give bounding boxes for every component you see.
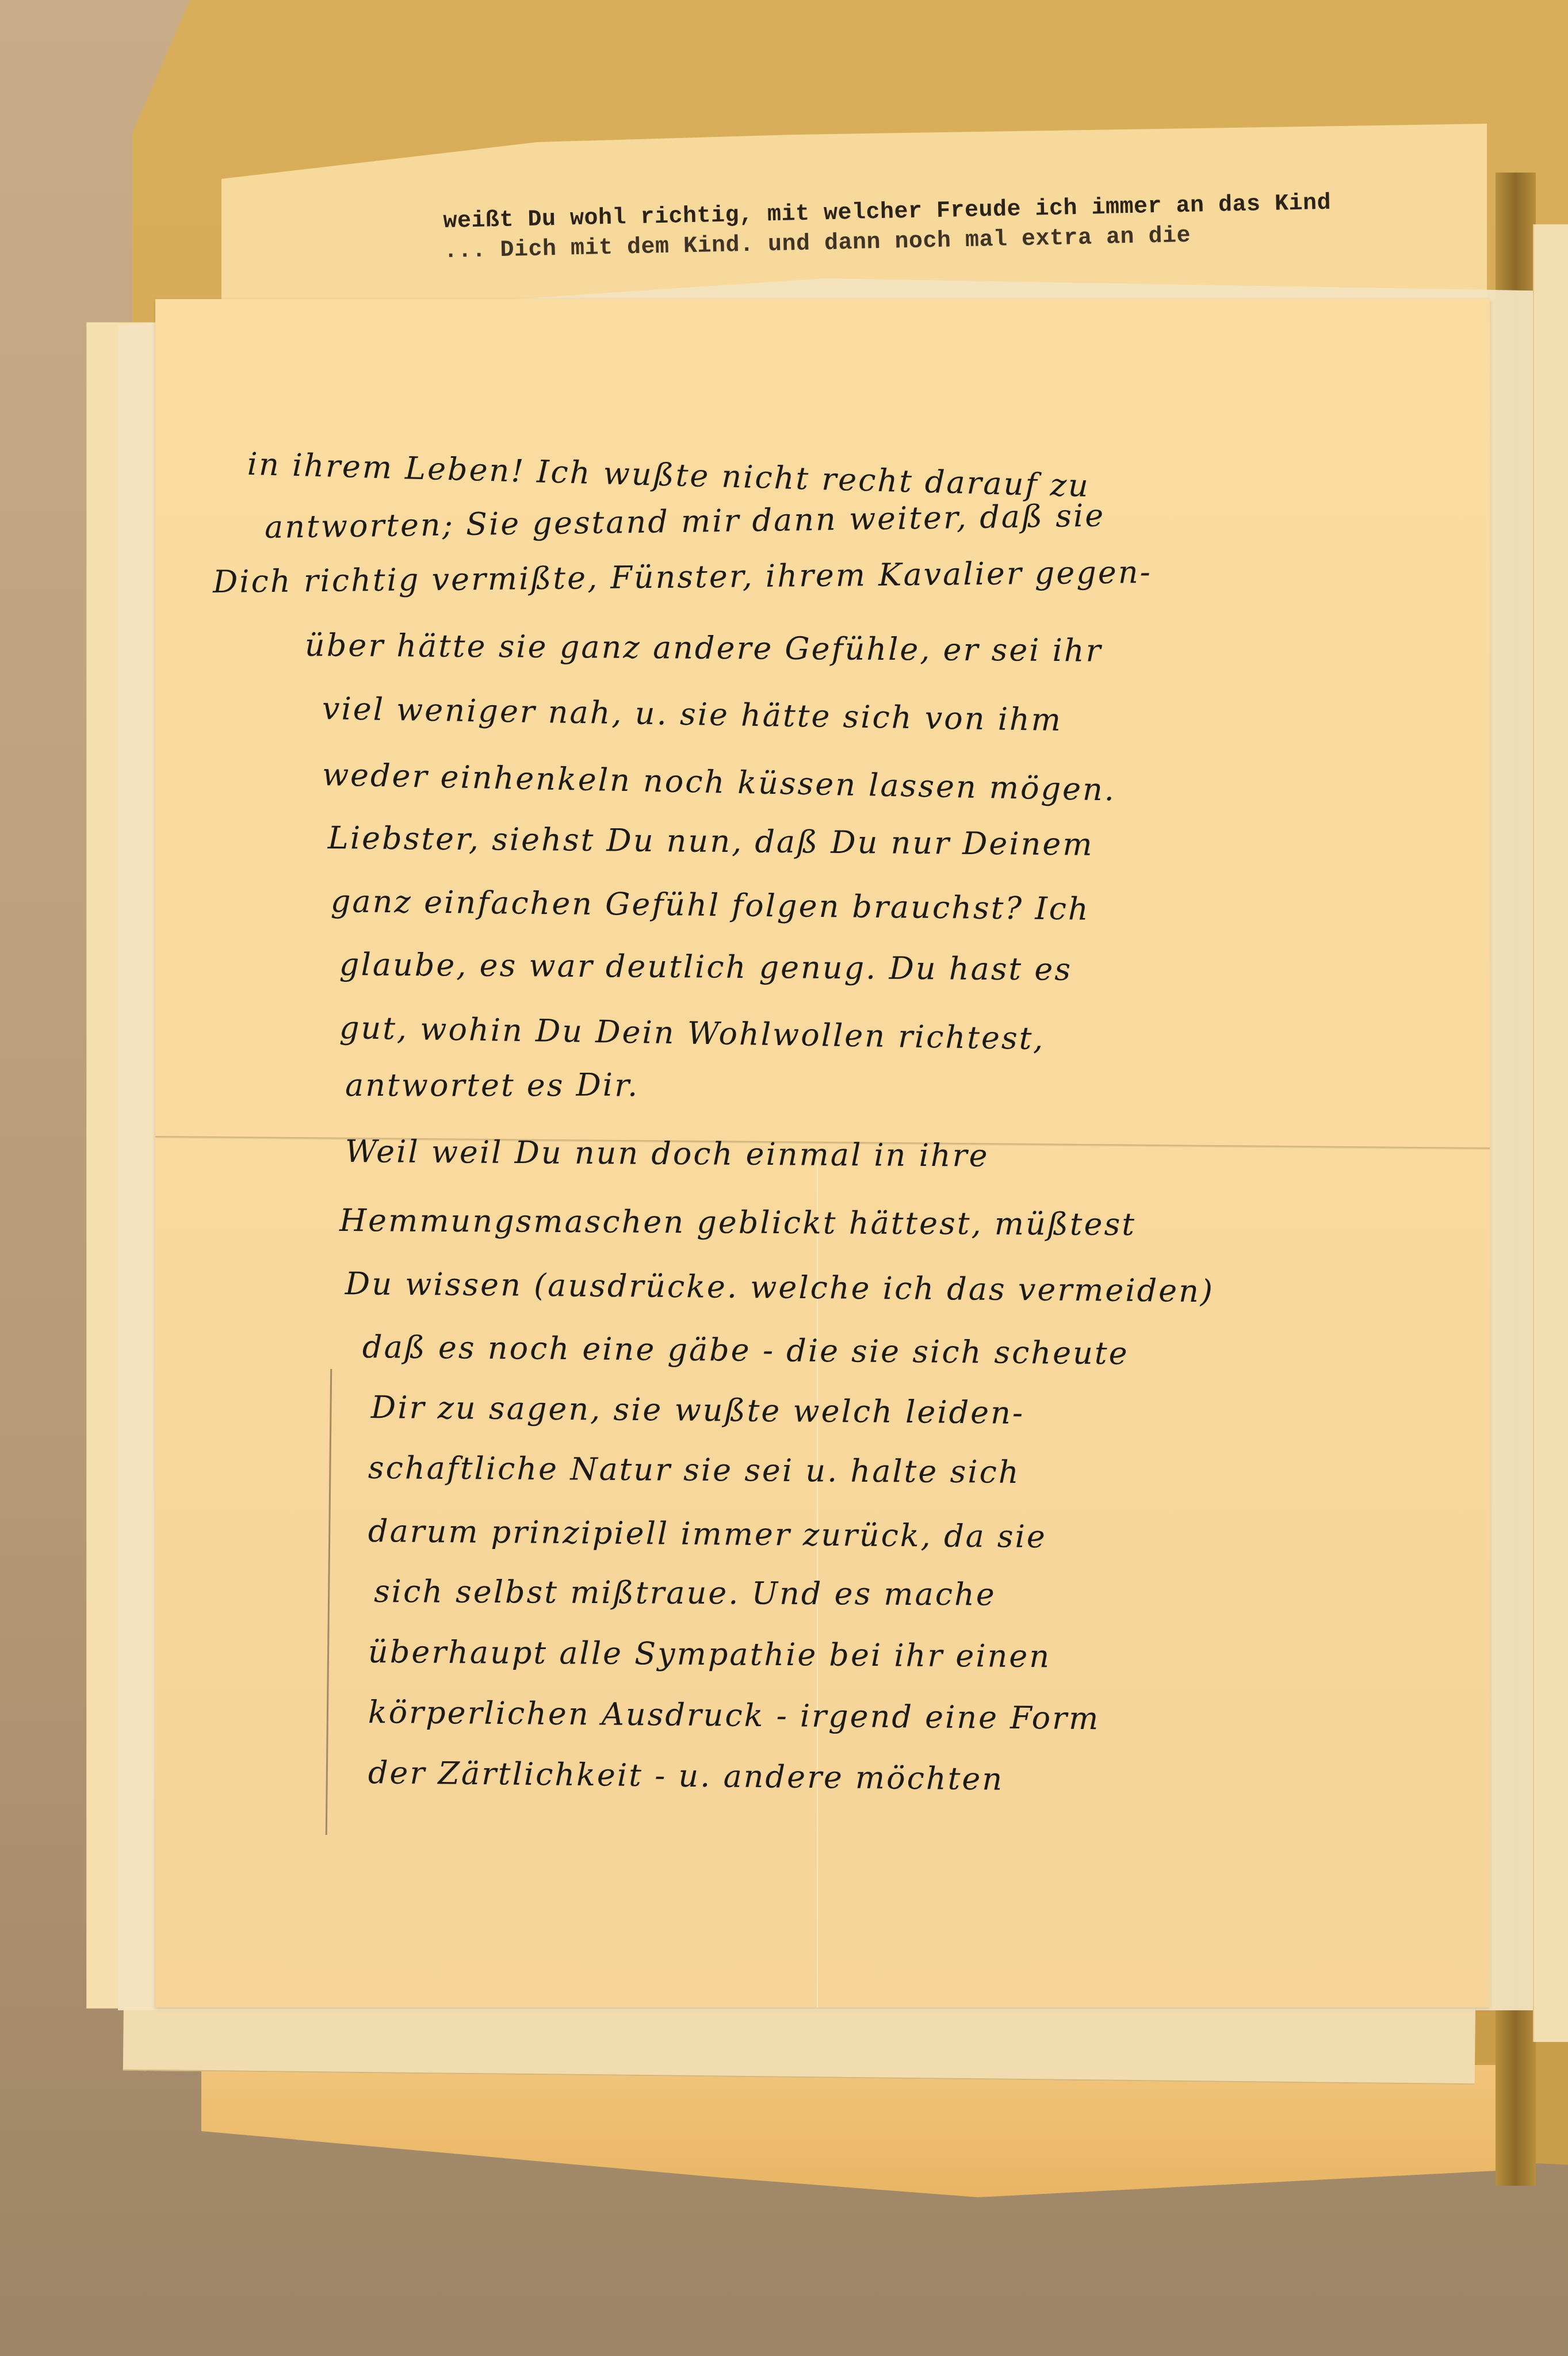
handwritten-line: darum prinzipiell immer zurück, da sie xyxy=(368,1513,1047,1555)
handwritten-line: viel weniger nah, u. sie hätte sich von … xyxy=(322,690,1063,738)
handwritten-line: schaftliche Natur sie sei u. halte sich xyxy=(368,1449,1020,1490)
torn-paper-strip xyxy=(201,2065,1496,2197)
handwritten-line: antwortet es Dir. xyxy=(345,1067,639,1103)
handwritten-line: ganz einfachen Gefühl folgen brauchst? I… xyxy=(331,883,1090,927)
handwritten-line: daß es noch eine gäbe - die sie sich sch… xyxy=(362,1329,1129,1372)
handwritten-line: Du wissen (ausdrücke. welche ich das ver… xyxy=(345,1265,1214,1309)
handwritten-line: in ihrem Leben! Ich wußte nicht recht da… xyxy=(247,446,1090,504)
handwritten-line: weder einhenkeln noch küssen lassen möge… xyxy=(322,756,1116,808)
handwritten-line: antworten; Sie gestand mir dann weiter, … xyxy=(265,498,1106,545)
handwritten-line: der Zärtlichkeit - u. andere möchten xyxy=(368,1754,1004,1797)
handwritten-line: überhaupt alle Sympathie bei ihr einen xyxy=(368,1634,1051,1674)
handwritten-line: über hätte sie ganz andere Gefühle, er s… xyxy=(305,627,1103,669)
handwritten-line: Dich richtig vermißte, Fünster, ihrem Ka… xyxy=(213,554,1153,600)
photo-scene: weißt Du wohl richtig, mit welcher Freud… xyxy=(0,0,1568,2356)
handwritten-line: Hemmungsmaschen geblickt hättest, müßtes… xyxy=(339,1202,1136,1242)
margin-pencil-line xyxy=(326,1369,332,1835)
handwritten-line: glaube, es war deutlich genug. Du hast e… xyxy=(339,946,1072,988)
handwritten-line: körperlichen Ausdruck - irgend eine Form xyxy=(368,1694,1100,1737)
handwritten-line: Liebster, siehst Du nun, daß Du nur Dein… xyxy=(328,820,1094,863)
handwritten-line: Dir zu sagen, sie wußte welch leiden- xyxy=(371,1389,1025,1431)
handwritten-line: sich selbst mißtraue. Und es mache xyxy=(374,1573,996,1613)
handwritten-line: Weil weil Du nun doch einmal in ihre xyxy=(345,1133,989,1174)
adjacent-paper-stack xyxy=(1533,224,1568,2042)
handwritten-line: gut, wohin Du Dein Wohlwollen richtest, xyxy=(339,1009,1046,1057)
handwritten-letter-page: in ihrem Leben! Ich wußte nicht recht da… xyxy=(155,299,1490,2007)
